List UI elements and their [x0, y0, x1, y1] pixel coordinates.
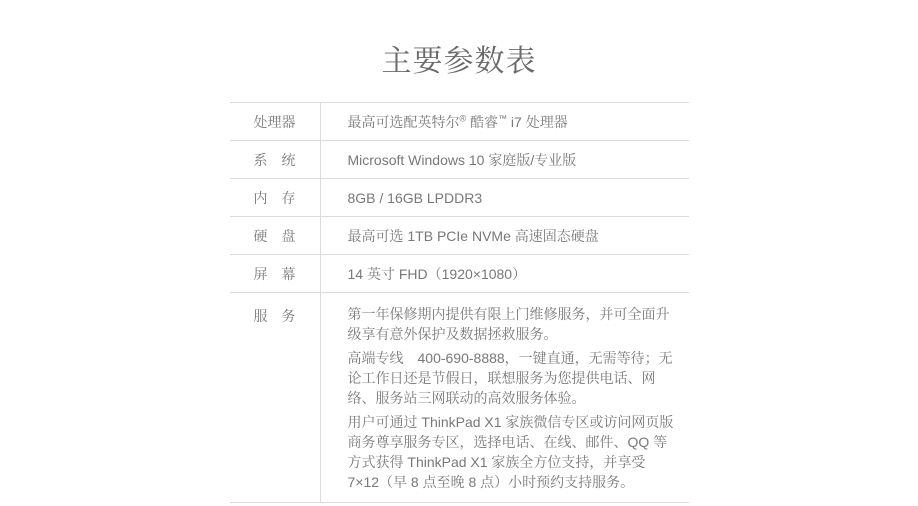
row-value-service: 第一年保修期内提供有限上门维修服务，并可全面升级享有意外保护及数据拯救服务。 高…	[321, 293, 689, 502]
row-value-storage: 最高可选 1TB PCIe NVMe 高速固态硬盘	[321, 217, 689, 254]
row-label-cell-storage: 硬 盘	[230, 217, 321, 254]
processor-value-text: 最高可选配英特尔® 酷睿™ i7 处理器	[348, 112, 568, 132]
row-label-os: 系 统	[254, 150, 296, 170]
processor-text-part: 酷睿	[466, 114, 498, 130]
table-row-memory: 内 存 8GB / 16GB LPDDR3	[230, 179, 689, 217]
trademark-mark: ™	[498, 113, 507, 123]
table-row-processor: 处理器 最高可选配英特尔® 酷睿™ i7 处理器	[230, 103, 689, 141]
service-paragraph-hotline: 高端专线 400-690-8888，一键直通，无需等待；无论工作日还是节假日，联…	[348, 348, 679, 408]
row-value-display: 14 英寸 FHD（1920×1080）	[321, 255, 689, 292]
row-label-cell-memory: 内 存	[230, 179, 321, 216]
row-value-os: Microsoft Windows 10 家庭版/专业版	[321, 141, 689, 178]
row-value-processor: 最高可选配英特尔® 酷睿™ i7 处理器	[321, 103, 689, 140]
row-value-memory: 8GB / 16GB LPDDR3	[321, 179, 689, 216]
table-row-service: 服 务 第一年保修期内提供有限上门维修服务，并可全面升级享有意外保护及数据拯救服…	[230, 293, 689, 503]
page-title: 主要参数表	[0, 0, 918, 80]
table-row-os: 系 统 Microsoft Windows 10 家庭版/专业版	[230, 141, 689, 179]
spec-table: 处理器 最高可选配英特尔® 酷睿™ i7 处理器 系 统 Microsoft W…	[230, 102, 689, 503]
row-label-display: 屏 幕	[254, 264, 296, 284]
row-label-memory: 内 存	[254, 188, 296, 208]
table-row-display: 屏 幕 14 英寸 FHD（1920×1080）	[230, 255, 689, 293]
service-paragraph-channels: 用户可通过 ThinkPad X1 家族微信专区或访问网页版商务尊享服务专区，选…	[348, 412, 679, 492]
processor-text-part: 最高可选配英特尔	[348, 114, 460, 130]
table-row-storage: 硬 盘 最高可选 1TB PCIe NVMe 高速固态硬盘	[230, 217, 689, 255]
row-label-cell-os: 系 统	[230, 141, 321, 178]
row-label-cell-service: 服 务	[230, 293, 321, 502]
spec-page: 主要参数表 处理器 最高可选配英特尔® 酷睿™ i7 处理器 系 统 Micro…	[0, 0, 918, 506]
row-label-service: 服 务	[254, 306, 296, 326]
row-label-cell-display: 屏 幕	[230, 255, 321, 292]
processor-text-part: i7 处理器	[507, 114, 568, 130]
service-paragraph-warranty: 第一年保修期内提供有限上门维修服务，并可全面升级享有意外保护及数据拯救服务。	[348, 304, 679, 344]
row-label-storage: 硬 盘	[254, 226, 296, 246]
row-label-processor: 处理器	[254, 112, 296, 132]
row-label-cell-processor: 处理器	[230, 103, 321, 140]
